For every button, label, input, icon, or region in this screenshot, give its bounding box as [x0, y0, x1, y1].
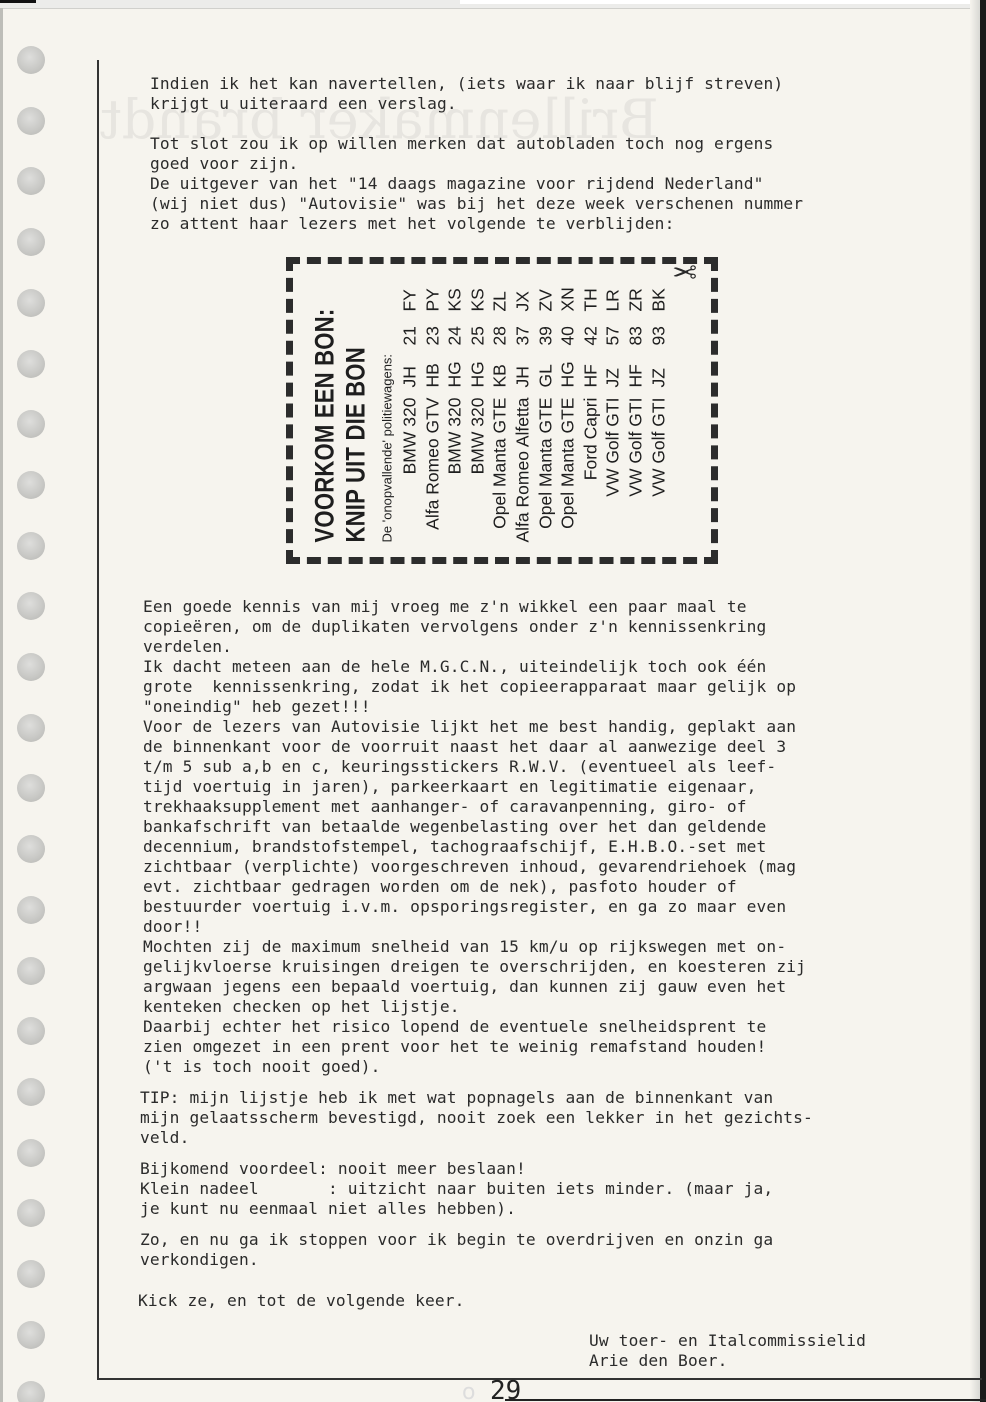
- binder-hole: [17, 957, 45, 985]
- paragraph-slot: Tot slot zou ik op willen merken dat aut…: [150, 134, 803, 234]
- plate-letters: JH: [511, 346, 534, 388]
- binder-hole: [17, 1017, 45, 1045]
- binder-hole: [17, 228, 45, 256]
- coupon-title-line-1: VOORKOM EEN BON:: [310, 324, 341, 543]
- plate-number: 57: [602, 312, 625, 346]
- car-model: Alfa Romeo GTV: [421, 388, 444, 543]
- car-model: Opel Manta GTE: [534, 388, 557, 543]
- plate-suffix: ZR: [624, 282, 647, 312]
- police-car-row: BMW 320HG25KS: [466, 282, 489, 543]
- binder-hole: [17, 350, 45, 378]
- plate-number: 39: [534, 312, 557, 346]
- plate-number: 25: [466, 312, 489, 346]
- car-model: VW Golf GTI: [647, 388, 670, 543]
- plate-suffix: FY: [399, 282, 422, 312]
- car-model: Opel Manta GTE: [557, 388, 580, 543]
- binder-hole: [17, 46, 45, 74]
- plate-letters: HF: [624, 346, 647, 388]
- plate-suffix: KS: [466, 282, 489, 312]
- scan-right-shade: [970, 0, 980, 1402]
- frame-left-line: [97, 60, 99, 1380]
- plate-number: 21: [399, 312, 422, 346]
- binder-hole: [17, 107, 45, 135]
- binder-hole: [17, 1139, 45, 1167]
- police-car-row: Alfa Romeo AlfettaJH37JX: [511, 282, 534, 543]
- plate-number: 28: [489, 312, 512, 346]
- frame-bottom-line: [97, 1378, 982, 1380]
- plate-suffix: KS: [444, 282, 467, 312]
- plate-suffix: PY: [421, 282, 444, 312]
- police-car-row: Opel Manta GTEKB28ZL: [489, 282, 512, 543]
- plate-suffix: JX: [511, 282, 534, 312]
- signature: Uw toer- en Italcommissielid Arie den Bo…: [589, 1331, 866, 1371]
- page-number-bleed: o: [462, 1382, 475, 1402]
- coupon-subtitle: De 'onopvallende' politiewagens:: [380, 276, 395, 543]
- car-model: Alfa Romeo Alfetta: [511, 388, 534, 543]
- coupon-content: VOORKOM EEN BON: KNIP UIT DIE BON De 'on…: [296, 270, 708, 553]
- page-bottom-rule: [505, 1399, 986, 1401]
- plate-number: 40: [557, 312, 580, 346]
- scan-top-corner: [0, 0, 36, 3]
- plate-number: 24: [444, 312, 467, 346]
- police-car-row: Alfa Romeo GTVHB23PY: [421, 282, 444, 543]
- plate-number: 42: [579, 312, 602, 346]
- plate-suffix: ZV: [534, 282, 557, 312]
- plate-letters: JZ: [602, 346, 625, 388]
- paragraph-stoppen: Zo, en nu ga ik stoppen voor ik begin te…: [140, 1230, 773, 1270]
- binder-hole: [17, 1260, 45, 1288]
- car-model: VW Golf GTI: [624, 388, 647, 543]
- police-car-list: BMW 320JH21FYAlfa Romeo GTVHB23PYBMW 320…: [399, 282, 670, 543]
- car-model: BMW 320: [399, 388, 422, 543]
- binder-hole: [17, 774, 45, 802]
- binder-hole: [17, 653, 45, 681]
- police-car-row: VW Golf GTIJZ57LR: [602, 282, 625, 543]
- car-model: VW Golf GTI: [602, 388, 625, 543]
- police-car-row: VW Golf GTIJZ93BK: [647, 282, 670, 543]
- plate-suffix: ZL: [489, 282, 512, 312]
- plate-suffix: BK: [647, 282, 670, 312]
- plate-letters: HG: [557, 346, 580, 388]
- coupon-clipping: VOORKOM EEN BON: KNIP UIT DIE BON De 'on…: [286, 257, 718, 564]
- police-car-row: BMW 320HG24KS: [444, 282, 467, 543]
- binder-hole: [17, 896, 45, 924]
- plate-letters: GL: [534, 346, 557, 388]
- car-model: Opel Manta GTE: [489, 388, 512, 543]
- plate-number: 37: [511, 312, 534, 346]
- police-car-row: Opel Manta GTEHG40XN: [557, 282, 580, 543]
- paragraph-closing: Kick ze, en tot de volgende keer.: [138, 1291, 465, 1311]
- scan-left-edge: [0, 8, 3, 1402]
- binder-hole: [17, 835, 45, 863]
- binder-hole: [17, 1078, 45, 1106]
- binder-hole: [17, 410, 45, 438]
- plate-letters: HF: [579, 346, 602, 388]
- police-car-row: Ford CapriHF42TH: [579, 282, 602, 543]
- paragraph-tip: TIP: mijn lijstje heb ik met wat popnage…: [140, 1088, 813, 1148]
- paragraph-voordeel: Bijkomend voordeel: nooit meer beslaan! …: [140, 1159, 773, 1219]
- plate-number: 93: [647, 312, 670, 346]
- binder-hole: [17, 471, 45, 499]
- police-car-row: Opel Manta GTEGL39ZV: [534, 282, 557, 543]
- scan-top-highlight: [460, 0, 986, 4]
- binder-hole: [17, 1381, 45, 1402]
- car-model: BMW 320: [444, 388, 467, 543]
- plate-letters: HG: [444, 346, 467, 388]
- police-car-row: VW Golf GTIHF83ZR: [624, 282, 647, 543]
- binder-hole: [17, 592, 45, 620]
- binder-hole: [17, 532, 45, 560]
- binder-hole: [17, 1199, 45, 1227]
- binder-hole: [17, 1321, 45, 1349]
- plate-letters: JZ: [647, 346, 670, 388]
- plate-suffix: TH: [579, 282, 602, 312]
- plate-letters: KB: [489, 346, 512, 388]
- binder-hole: [17, 289, 45, 317]
- police-car-row: BMW 320JH21FY: [399, 282, 422, 543]
- car-model: BMW 320: [466, 388, 489, 543]
- plate-suffix: LR: [602, 282, 625, 312]
- binder-hole: [17, 714, 45, 742]
- plate-number: 83: [624, 312, 647, 346]
- plate-letters: HB: [421, 346, 444, 388]
- binder-hole: [17, 167, 45, 195]
- paragraph-kennis: Een goede kennis van mij vroeg me z'n wi…: [143, 597, 806, 1077]
- plate-letters: JH: [399, 346, 422, 388]
- paragraph-intro: Indien ik het kan navertellen, (iets waa…: [150, 74, 783, 114]
- plate-suffix: XN: [557, 282, 580, 312]
- car-model: Ford Capri: [579, 388, 602, 543]
- scan-right-edge: [980, 0, 986, 1402]
- plate-letters: HG: [466, 346, 489, 388]
- plate-number: 23: [421, 312, 444, 346]
- scissors-icon: ✂: [672, 255, 697, 285]
- coupon-title-line-2: KNIP UIT DIE BON: [341, 324, 372, 543]
